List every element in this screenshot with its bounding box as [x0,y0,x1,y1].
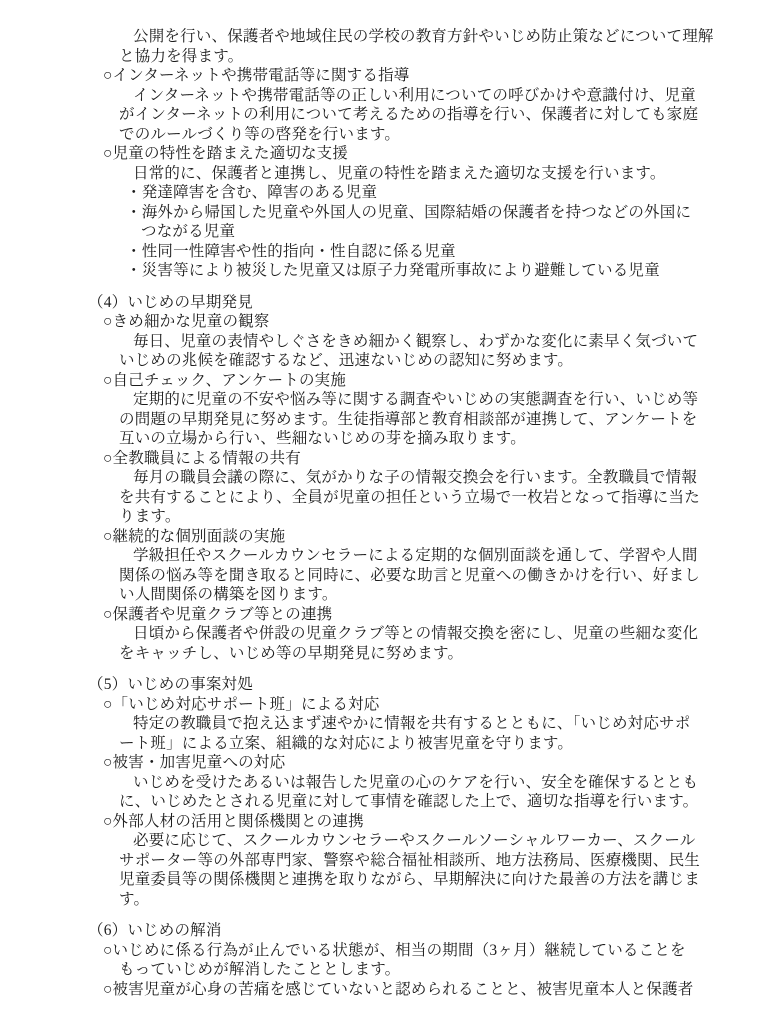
blank-line [0,663,779,675]
paragraph-line: い人間関係の構築を図ります。 [119,585,779,605]
item-heading: ○継続的な個別面談の実施 [103,527,779,547]
item-heading: ○被害児童が心身の苦痛を感じていないと認められることと、被害児童本人と保護者 [103,980,779,1000]
paragraph-line: 児童委員等の関係機関と連携を取りながら、早期解決に向けた最善の方法を講じま [119,870,779,890]
bullet-line: つながる児童 [141,222,779,242]
paragraph-line: がインターネットの利用について考えるための指導を行い、保護者に対しても家庭 [119,105,779,125]
paragraph-line: もっていじめが解消したこととします。 [119,960,779,980]
paragraph-line: 定期的に児童の不安や悩み等に関する調査やいじめの実態調査を行い、いじめ等 [133,390,779,410]
paragraph-line: いじめを受けたあるいは報告した児童の心のケアを行い、安全を確保するととも [133,773,779,793]
paragraph-line: に、いじめたとされる児童に対して事情を確認した上で、適切な指導を行います。 [119,792,779,812]
section-heading: （5）いじめの事案対処 [88,675,779,695]
paragraph-line: 公開を行い、保護者や地域住民の学校の教育方針やいじめ防止策などについて理解 [133,27,779,47]
paragraph-line: 互いの立場から行い、些細ないじめの芽を摘み取ります。 [119,429,779,449]
paragraph-line: いじめの兆候を確認するなど、迅速ないじめの認知に努めます。 [119,351,779,371]
paragraph-line: 関係の悩み等を聞き取ると同時に、必要な助言と児童への働きかけを行い、好まし [119,566,779,586]
paragraph-line: す。 [119,890,779,910]
paragraph-line: サポーター等の外部専門家、警察や総合福祉相談所、地方法務局、医療機関、民生 [119,851,779,871]
item-heading: ○インターネットや携帯電話等に関する指導 [103,66,779,86]
paragraph-line: ート班」による立案、組織的な対応により被害児童を守ります。 [119,734,779,754]
section-heading: （4）いじめの早期発見 [88,293,779,313]
section-heading: （6）いじめの解消 [88,921,779,941]
paragraph-line: をキャッチし、いじめ等の早期発見に努めます。 [119,644,779,664]
paragraph-line: を共有することにより、全員が児童の担任という立場で一枚岩となって指導に当た [119,488,779,508]
item-heading: ○きめ細かな児童の観察 [103,312,779,332]
bullet-line: ・発達障害を含む、障害のある児童 [126,183,779,203]
bullet-line: ・海外から帰国した児童や外国人の児童、国際結婚の保護者を持つなどの外国に [126,203,779,223]
paragraph-line: 日頃から保護者や併設の児童クラブ等との情報交換を密にし、児童の些細な変化 [133,624,779,644]
item-heading: ○「いじめ対応サポート班」による対応 [103,695,779,715]
item-heading: ○自己チェック、アンケートの実施 [103,371,779,391]
paragraph-line: 日常的に、保護者と連携し、児童の特性を踏まえた適切な支援を行います。 [133,164,779,184]
item-heading: ○外部人材の活用と関係機関との連携 [103,812,779,832]
blank-line [0,909,779,921]
paragraph-line: インターネットや携帯電話等の正しい利用についての呼びかけや意識付け、児童 [133,86,779,106]
paragraph-line: 特定の教職員で抱え込まず速やかに情報を共有するとともに、「いじめ対応サポ [133,714,779,734]
item-heading: ○児童の特性を踏まえた適切な支援 [103,144,779,164]
paragraph-line: ります。 [119,507,779,527]
paragraph-line: 学級担任やスクールカウンセラーによる定期的な個別面談を通して、学習や人間 [133,546,779,566]
paragraph-line: の問題の早期発見に努めます。生徒指導部と教育相談部が連携して、アンケートを [119,410,779,430]
paragraph-line: 必要に応じて、スクールカウンセラーやスクールソーシャルワーカー、スクール [133,831,779,851]
blank-line [0,281,779,293]
bullet-line: ・災害等により被災した児童又は原子力発電所事故により避難している児童 [126,261,779,281]
item-heading: ○保護者や児童クラブ等との連携 [103,605,779,625]
paragraph-line: と協力を得ます。 [119,47,779,67]
paragraph-line: 毎月の職員会議の際に、気がかりな子の情報交換会を行います。全教職員で情報 [133,468,779,488]
document-page: 公開を行い、保護者や地域住民の学校の教育方針やいじめ防止策などについて理解 と協… [0,0,779,1030]
paragraph-line: でのルールづくり等の啓発を行います。 [119,125,779,145]
item-heading: ○いじめに係る行為が止んでいる状態が、相当の期間（3ヶ月）継続していることを [103,941,779,961]
bullet-line: ・性同一性障害や性的指向・性自認に係る児童 [126,242,779,262]
item-heading: ○被害・加害児童への対応 [103,753,779,773]
paragraph-line: 毎日、児童の表情やしぐさをきめ細かく観察し、わずかな変化に素早く気づいて [133,332,779,352]
item-heading: ○全教職員による情報の共有 [103,449,779,469]
